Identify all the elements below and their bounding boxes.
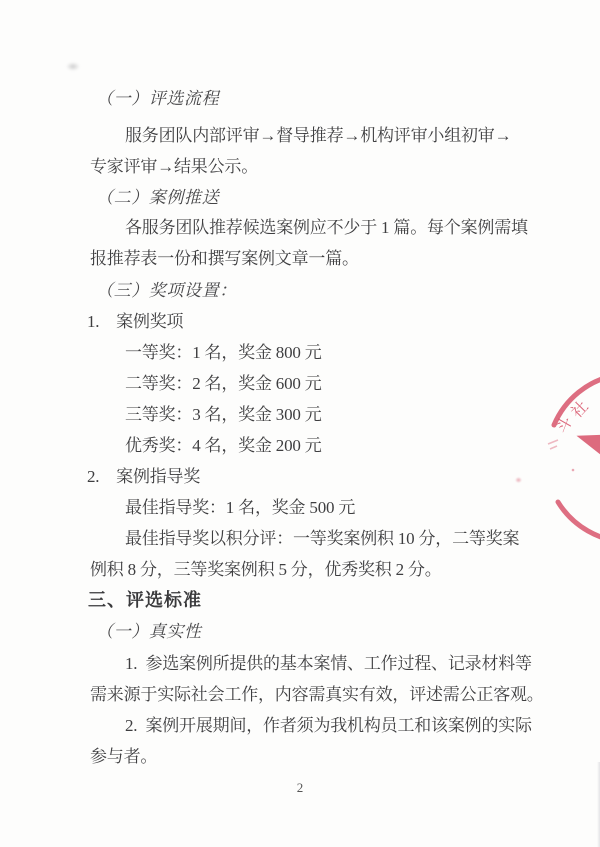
doc-line: 例积 8 分，三等奖案例积 5 分，优秀奖积 2 分。 — [90, 560, 442, 580]
doc-line: 2. 案例开展期间，作者须为我机构员工和该案例的实际 — [125, 716, 532, 736]
scan-smudge — [66, 62, 80, 71]
ink-fleck — [515, 477, 522, 483]
award-line: 二等奖：2 名，奖金 600 元 — [125, 374, 322, 394]
doc-line: 最佳指导奖以积分评：一等奖案例积 10 分，二等奖案 — [125, 529, 519, 549]
heading-line: （二）案例推送 — [96, 188, 219, 208]
numbered-line: 2. 案例指导奖 — [87, 467, 200, 487]
document-page: （一）评选流程 服务团队内部评审→督导推荐→机构评审小组初审→ 专家评审→结果公… — [0, 0, 600, 847]
numbered-line: 1. 案例奖项 — [87, 312, 183, 332]
doc-line: 1. 参选案例所提供的基本案情、工作过程、记录材料等 — [125, 654, 532, 674]
doc-line: 专家评审→结果公示。 — [90, 157, 258, 177]
red-seal-stamp: 社 斗 — [536, 345, 600, 565]
heading-line: （三）奖项设置： — [96, 281, 237, 301]
heading-line: （一）评选流程 — [96, 89, 219, 109]
doc-line: 需来源于实际社会工作，内容需真实有效，评述需公正客观。 — [90, 685, 544, 705]
doc-line: 服务团队内部评审→督导推荐→机构评审小组初审→ — [125, 126, 511, 146]
chapter-heading: 三、评选标准 — [88, 590, 202, 610]
doc-line: 各服务团队推荐候选案例应不少于 1 篇。每个案例需填 — [125, 218, 528, 238]
award-line: 三等奖：3 名，奖金 300 元 — [125, 405, 322, 425]
award-line: 最佳指导奖：1 名，奖金 500 元 — [125, 498, 355, 518]
award-line: 优秀奖：4 名，奖金 200 元 — [125, 436, 322, 456]
award-line: 一等奖：1 名，奖金 800 元 — [125, 343, 322, 363]
doc-line: 参与者。 — [90, 747, 157, 767]
heading-line: （一）真实性 — [96, 622, 202, 642]
page-number: 2 — [0, 780, 600, 796]
doc-line: 报推荐表一份和撰写案例文章一篇。 — [90, 249, 359, 269]
